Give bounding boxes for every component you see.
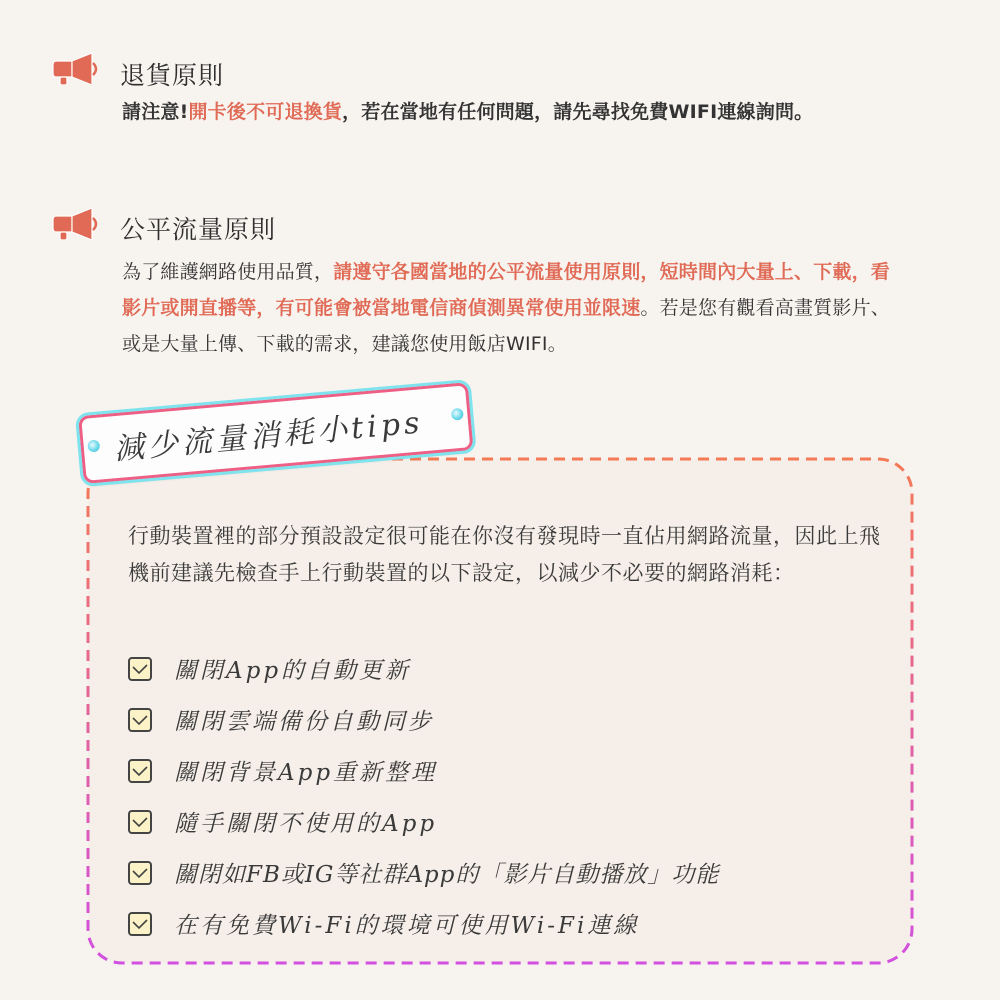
return-policy-text: 請注意!開卡後不可退換貨，若在當地有任何問題，請先尋找免費WIFI連線詢問。 xyxy=(122,94,902,130)
checkbox-checked-icon[interactable] xyxy=(128,708,152,732)
fair-usage-text: 為了維護網路使用品質，請遵守各國當地的公平流量使用原則，短時間內大量上、下載，看… xyxy=(122,254,902,362)
checkbox-checked-icon[interactable] xyxy=(128,759,152,783)
section-title: 公平流量原則 xyxy=(120,210,276,246)
text-segment: 請注意! xyxy=(122,101,188,123)
checkbox-checked-icon[interactable] xyxy=(128,861,152,885)
rivet-icon xyxy=(87,440,100,453)
tips-intro: 行動裝置裡的部分預設設定很可能在你沒有發現時一直佔用網路流量，因此上飛機前建議先… xyxy=(128,518,888,592)
text-segment: ，若在當地有任何問題，請先尋找免費WIFI連線詢問。 xyxy=(342,101,813,123)
checklist-label: 關閉雲端備份自動同步 xyxy=(174,703,434,736)
checklist-label: 關閉如FB或IG等社群App的「影片自動播放」功能 xyxy=(174,856,719,889)
checklist-item: 隨手關閉不使用的App xyxy=(128,796,719,847)
tips-tag-text: 減少流量消耗小tips xyxy=(112,397,425,468)
checklist-label: 隨手關閉不使用的App xyxy=(174,805,437,838)
checklist-label: 在有免費Wi-Fi的環境可使用Wi-Fi連線 xyxy=(174,907,639,940)
checklist-item: 關閉如FB或IG等社群App的「影片自動播放」功能 xyxy=(128,847,719,898)
checkbox-checked-icon[interactable] xyxy=(128,912,152,936)
checklist-item: 關閉App的自動更新 xyxy=(128,643,719,694)
rivet-icon xyxy=(451,408,464,421)
checklist-item: 在有免費Wi-Fi的環境可使用Wi-Fi連線 xyxy=(128,898,719,949)
checklist: 關閉App的自動更新 關閉雲端備份自動同步 關閉背景App重新整理 隨手關閉不使… xyxy=(128,643,719,949)
megaphone-icon xyxy=(52,206,102,240)
checklist-label: 關閉背景App重新整理 xyxy=(174,754,437,787)
checklist-label: 關閉App的自動更新 xyxy=(174,652,411,685)
checklist-item: 關閉雲端備份自動同步 xyxy=(128,694,719,745)
megaphone-icon xyxy=(52,51,102,85)
checkbox-checked-icon[interactable] xyxy=(128,657,152,681)
checkbox-checked-icon[interactable] xyxy=(128,810,152,834)
section-title: 退貨原則 xyxy=(120,56,224,92)
highlight-text: 開卡後不可退換貨 xyxy=(188,101,342,123)
text-segment: 為了維護網路使用品質， xyxy=(122,261,333,283)
checklist-item: 關閉背景App重新整理 xyxy=(128,745,719,796)
